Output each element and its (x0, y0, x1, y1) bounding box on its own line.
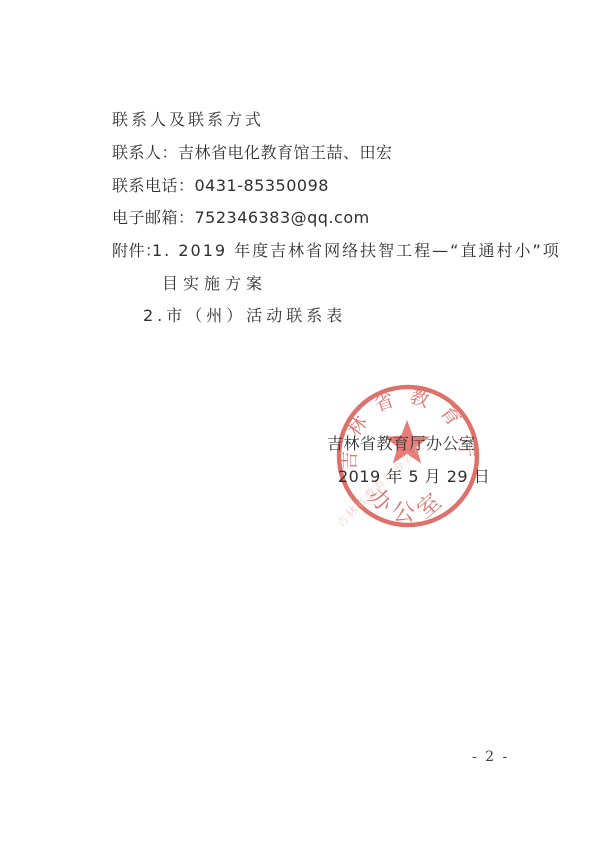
contact-person-line: 联系人：吉林省电化教育馆王喆、田宏 (112, 143, 393, 163)
contact-heading: 联系人及联系方式 (112, 110, 264, 130)
document-page: 联系人及联系方式 联系人：吉林省电化教育馆王喆、田宏 联系电话：0431-853… (0, 0, 596, 842)
attachment-2-line: 2.市（州）活动联系表 (143, 306, 346, 326)
attachment-1-line-2: 目实施方案 (162, 274, 267, 294)
attachment-1-line-1: 1. 2019 年度吉林省网络扶智工程—“直通村小”项 (152, 241, 561, 261)
page-number: - 2 - (472, 749, 509, 765)
contact-phone-line: 联系电话：0431-85350098 (112, 176, 329, 196)
issue-date: 2019 年 5 月 29 日 (338, 467, 490, 487)
issuer-name: 吉林省教育厅办公室 (327, 434, 476, 454)
contact-email-line: 电子邮箱：752346383@qq.com (112, 208, 370, 228)
official-seal: 吉林省教育厅 办公室 吉林省教育厅办公室 (330, 378, 490, 538)
